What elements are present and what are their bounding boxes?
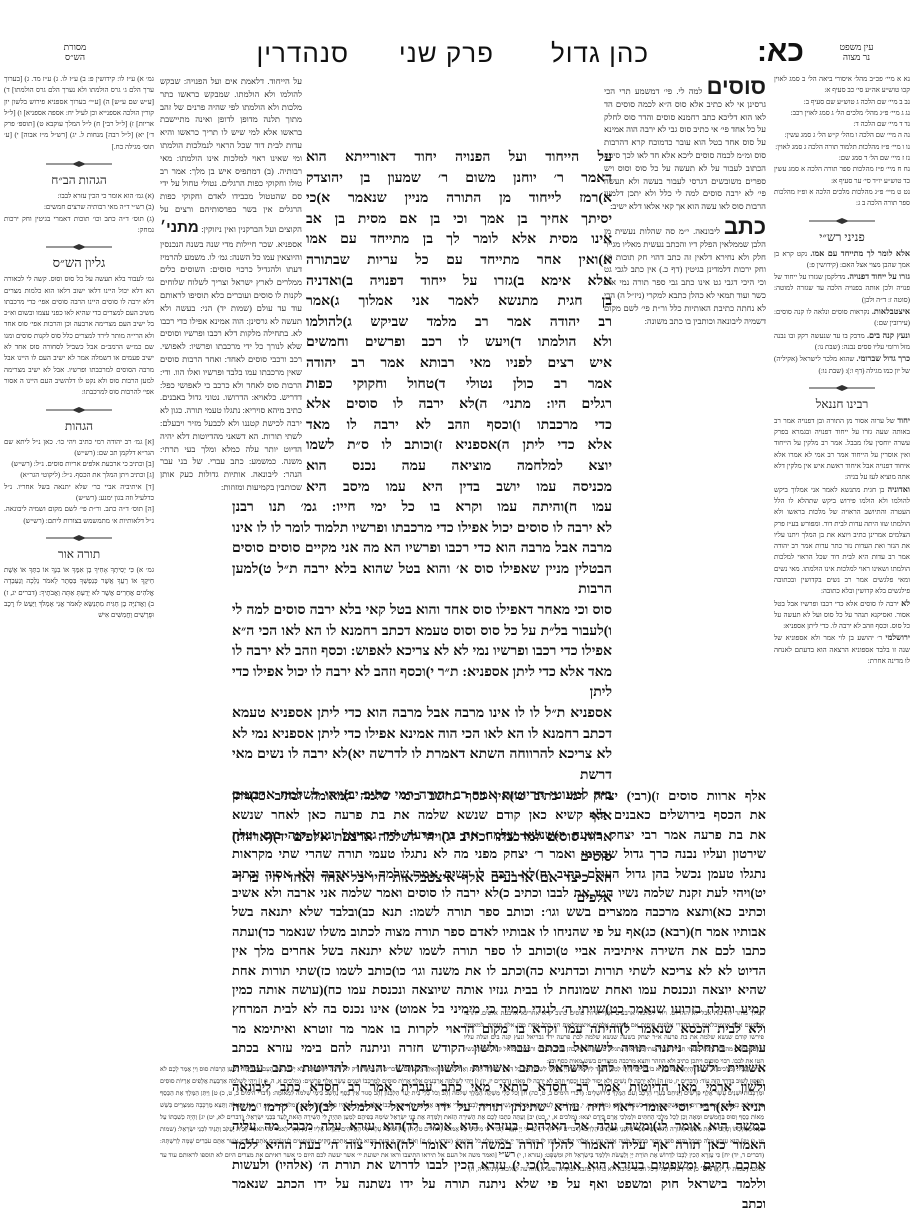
ein-mishpat-label-line1: עין משפט xyxy=(829,42,884,52)
ornament-divider-icon xyxy=(807,384,877,392)
gemara-line: את הכסף בירושלים כאבנים לא קשיא כאן קודם… xyxy=(232,805,766,824)
ein-mishpat-entry: נז ז מיי׳ שם הל׳ ד סמג שם: xyxy=(774,153,910,164)
hagahot-habach-entry: (ב) רש״י ד״ה מאי רבותיה שרצים חמשים: xyxy=(4,202,154,213)
penei-rashi-entry: כרך גדול שברומי. שהוא מלכר לישראל (אקילי… xyxy=(774,353,910,377)
tractate-name: סנהדרין xyxy=(257,40,349,66)
entry-ref: (רש״ש) xyxy=(11,460,32,468)
gemara-line: דאמר ר׳ יוחנן משום ר׳ שמעון בן יהוצדק xyxy=(306,169,612,190)
entry-text: בן חגית מתנשא לאמר אני אמלוך ביקש להולמו… xyxy=(774,486,910,596)
torah-or-text: גמ׳ א) כִּי יְסִיתְךָ אָחִיךָ בֶן אִמֶּך… xyxy=(4,565,154,621)
rabbeinu-chananel-bottom: המלך מותר להרבות אבל לא ההדיוט. ויהי לשל… xyxy=(464,1008,764,1068)
torah-or-title: תורה אור xyxy=(4,546,154,562)
left-margin-column: גמ׳ א) ע״ז לו: קידושין פ: ב) ע״ז לו. ג) … xyxy=(4,74,154,621)
gemara-line: את בת פרעה אמר רבי יצחק בשעה יז)שנשא שלמ… xyxy=(232,825,766,844)
hagahot-habach-entry: (א) גמ׳ הוא אומר כי הכין עזרא לבבו: xyxy=(4,191,154,202)
gemara-line: אלף ארוות סוסים ז)(רבי) יצחק רמי כתיב טו… xyxy=(232,786,766,805)
gemara-line: לא צריכא להרווחה השתא דאמרת לו לדרשה יא)… xyxy=(232,745,612,786)
gemara-line: מאד אלא כדי ליתן אספניא: ת״ר י)וכסף וזהב… xyxy=(232,663,612,704)
entry-ref: (שבת נו:) xyxy=(819,367,844,375)
page-header: עין משפט נר מצוה כא: כהן גדול פרק שני סנ… xyxy=(0,30,914,70)
ein-mishpat-label-line2: נר מצוה xyxy=(829,52,884,62)
ein-mishpat-entry: נג ג מיי׳ פ״ג מהל׳ מלכים הל׳ ג סמג לאוין… xyxy=(774,108,910,119)
entry-ref: (רש״ש) xyxy=(76,494,97,502)
gemara-line: אספניא ת״ל לו לו אינו מרבה אבל מרבה הוא … xyxy=(232,704,612,725)
entry-ref: (ליקוטי הגר״א) xyxy=(20,471,60,479)
gemara-line: אינו מסית אלא לומר לך בן מתייחד עם אמו xyxy=(306,230,612,251)
entry-text: [ב] וכתיב כי ארבעת אלפים אריות סוסים. נ״… xyxy=(34,460,154,468)
rabbeinu-chananel-entry: לא ירבה לו סוסים אלא כדי רכבו ופרשיו אבל… xyxy=(774,598,910,633)
gemara-line: יסיתך אחיך בן אמך וכי בן אם מסית בן אב xyxy=(306,210,612,231)
gemara-line: מרבה אבל מרבה הוא כדי רכבו ופרשיו הא מה … xyxy=(232,539,612,560)
penei-rashi-entry: איצטבלאות. נקראות סוסים ונלאה לו קנה סוס… xyxy=(774,306,910,330)
entry-text: ירבה לו סוסים אלא כדי רכבו ופרשיו אבל בט… xyxy=(774,600,910,631)
hagahot-entry: [ב] וכתיב כי ארבעת אלפים אריות סוסים. נ״… xyxy=(4,459,154,470)
rabbeinu-chananel-continuation: המלך מותר להרבות אבל לא ההדיוט. ויהי לשל… xyxy=(464,1010,764,1065)
gemara-line: בן חגית מתנשא לאמר אני אמלוך ג)אמר xyxy=(306,292,612,313)
gemara-line: יט)ויהי לעת זקנת שלמה נשיו הטו את לבבו ו… xyxy=(232,883,766,902)
penei-rashi-entry: ונעץ קנה בים. מדבק בו עד שנעשה רקק ובו נ… xyxy=(774,330,910,354)
entry-ref: (רש״ש) xyxy=(74,449,95,457)
matni-marker: מתני׳ xyxy=(160,219,199,236)
gemara-line: לא ירבה לו סוסים יכול אפילו כדי מרכבתו ו… xyxy=(232,519,612,540)
dibbur-hamatchil: גזרו על ייחוד דפנויה. xyxy=(847,272,910,281)
penei-rashi-entry: גזרו על ייחוד דפנויה. מדלקמן שגזרו על יי… xyxy=(774,271,910,306)
gemara-line: א)ואין אחר מתייחד עם כל עריות שבתורה xyxy=(306,251,612,272)
dibbur-hamatchil: איצטבלאות. xyxy=(872,307,910,316)
gemara-line: כדי מרכבתו ו)וכסף וזהב לא ירבה לו מאד xyxy=(306,416,612,437)
dibbur-hamatchil: כרך גדול שברומי. xyxy=(856,354,910,363)
gemara-line: על הייחוד ועל הפנויה יחוד דאורייתא הוא xyxy=(306,148,612,169)
gemara-line: איש רצים לפניו מאי רבותא אמר רב יהודה xyxy=(306,354,612,375)
chapter-number: פרק שני xyxy=(399,40,494,66)
torah-or-footer: רָצִים לְפָנָיו: (מלכים א, ה) ג] וְהָיְת… xyxy=(160,1064,764,1212)
rashi-footer-label: רש״י xyxy=(499,1149,516,1159)
entry-text: נקראות סוסים ונלאה לו קנה סוסים: xyxy=(774,308,870,316)
ornament-divider-icon xyxy=(44,406,114,414)
rabbeinu-chananel-entry: ואדוניה בן חגית מתנשא לאמר אני אמלוך ביק… xyxy=(774,484,910,598)
entry-ref: (עירובין שם:) xyxy=(874,319,910,327)
hagahot-entry: [ד] איתיביה אביי כר׳ שלא יתנאה בשל אחריו… xyxy=(4,482,154,505)
hagahot-entry: [א] גמ׳ רב יהודה רמי כתיב ויהי כו׳. כאן … xyxy=(4,437,154,460)
tosafot-comment-2: כתב ליבונאה. י״מ סה שהלות נעשית מן הלבן … xyxy=(604,216,766,328)
gemara-line: רב יהודה אמר רב מלמד שביקש ג)להולמו xyxy=(306,313,612,334)
gemara-line: אלא כדי ליתן ה)אספניא ז)וכותב לו ס״ת לשמ… xyxy=(306,436,612,457)
rashi-text: אספניא. שכר חיילות מדי שנה בשנה הנכנסין … xyxy=(160,240,302,492)
tosafot-text: למה לי. פי׳ דמשמע תרי הכי גרסינן אי לא כ… xyxy=(604,87,766,211)
gemara-line: עמו ח)והיתה עמו וקרא בו כל ימי חייו: גמ׳… xyxy=(232,498,612,519)
gemara-line: אלא אימא ב)גזרו על ייחוד דפנויה ב)ואדניה xyxy=(306,272,612,293)
ein-mishpat-entry: נה ה מיי׳ שם הלכה ו מהל׳ ק״ש הל׳ ג סמג ע… xyxy=(774,130,910,141)
ornament-divider-icon xyxy=(44,534,114,542)
dibbur-hamatchil: ירושלמי xyxy=(886,633,910,642)
ein-mishpat-column: נא א מיי׳ פכ״ב מהל׳ איסורי ביאה הל׳ ב סמ… xyxy=(774,74,910,667)
gemara-main-text: על הייחוד ועל הפנויה יחוד דאורייתא הוא ד… xyxy=(306,148,612,498)
daf-number: כא: xyxy=(757,38,804,66)
tosafot-column: סוסים למה לי. פי׳ דמשמע תרי הכי גרסינן א… xyxy=(604,76,766,328)
ein-mishpat-entry: נח ח מיי׳ פ״ז מהלכות ספר תורה הלכה א סמג… xyxy=(774,164,910,187)
gemara-line: אמר רב כולן נטולי ד)טחול וחקוקי כפות xyxy=(306,375,612,396)
ein-mishpat-entry: נד ד מיי׳ שם הלכה ד: xyxy=(774,119,910,130)
torah-or-bottom-right-column xyxy=(160,1000,460,1060)
entry-ref: (רש״ש) xyxy=(23,517,44,525)
entry-ref: (קידושין פ:) xyxy=(807,261,838,269)
entry-ref: (שבת נו:) xyxy=(815,343,840,351)
dibbur-hamatchil: לא xyxy=(901,599,910,608)
rashi-lower-continuation xyxy=(160,500,230,785)
rabbeinu-chananel-title: רבינו חננאל xyxy=(774,396,910,412)
tosafot-opening-word: סוסים xyxy=(707,74,766,99)
rabbeinu-chananel-entry: יחוד של ערוה אסור מן התורה ובן דפנויה אמ… xyxy=(774,415,910,484)
dibbur-hamatchil: ונעץ קנה בים. xyxy=(867,331,910,340)
tosafot-comment-1: סוסים למה לי. פי׳ דמשמע תרי הכי גרסינן א… xyxy=(604,76,766,214)
gemara-line: שירטון ועליו נבנה כרך גדול שברומי ואמר ר… xyxy=(232,844,766,863)
entry-text: [ג] וכתיב ויתן המלך את הכסף. נ״ל: xyxy=(62,471,154,479)
gemara-line: כתבו לכם את השירה איתיביה אביי ט)וכותב ל… xyxy=(232,941,766,960)
gemara-line: א)רמז לייחוד מן התורה מניין שנאמר א)כי xyxy=(306,189,612,210)
ornament-divider-icon xyxy=(44,243,114,251)
dibbur-hamatchil: אלא לומר לך מתייחד עם אמו. xyxy=(810,249,910,258)
entry-ref: (סוטה ז: ד״ה ולכן) xyxy=(862,296,910,304)
penei-rashi-entry: אלא לומר לך מתייחד עם אמו. נקט קרא בן אמ… xyxy=(774,248,910,272)
tosafot-opening-word: כתב xyxy=(724,214,766,239)
hagahot-title: הגהות xyxy=(4,418,154,434)
penei-rashi-title: פניני רש״י xyxy=(774,229,910,245)
gemara-line: וכתיב כא)ותצא מרכבה ממצרים בשש וגו׳: וכו… xyxy=(232,902,766,921)
ein-mishpat-heading: עין משפט נר מצוה xyxy=(829,42,884,62)
hagahot-habach-entry: (ג) תוס׳ ד״ה כתב וכו׳ תוכות דאמרי בגיטין… xyxy=(4,214,154,237)
gemara-line: דכתב רחמנא לו הא לאו הכי הוה אמינא אפילו… xyxy=(232,725,612,746)
hagahot-habach-title: הגהות הב״ח xyxy=(4,172,154,188)
tosafot-footer-text: כ] ארץ עליון עליון כל המשי כלבא ולא בהלי… xyxy=(469,1166,699,1173)
rashi-column: על הייחוד. דלאמת אים ועל הפנויה: שבקש לה… xyxy=(160,76,302,495)
gemara-line: ו)לעבור בל״ת על כל סוס וסוס טעמא דכתב רח… xyxy=(232,622,612,643)
mesoret-heading: מסורת הש״ס xyxy=(60,42,90,62)
ein-mishpat-entry: נו ו מיי׳ פ״ז מהלכות תלמוד תורה הלכה ג ס… xyxy=(774,142,910,153)
mesoret-label-line2: הש״ס xyxy=(60,52,90,62)
rashi-text: על הייחוד. דלאמת אים ועל הפנויה: שבקש לה… xyxy=(160,77,302,234)
gemara-line: אבותיו אמר ח)(רבא) כג)אף על פי שהניחו לו… xyxy=(232,922,766,941)
gilyon-hashas-text: גמ׳ לעבור בלא תעשה על כל סוס וסוס. קשה ל… xyxy=(4,274,154,398)
chapter-name: כהן גדול xyxy=(551,40,649,66)
mesoret-hashas-text: גמ׳ א) ע״ז לו: קידושין פ: ב) ע״ז לו. ג) … xyxy=(4,74,154,153)
gemara-line: אפילו כדי רכבו ופרשיו נמי לא לא צריכא לא… xyxy=(232,642,612,663)
hagahot-entry: [ה] תוס׳ ד״ה כתב. ור״ת פי׳ לשם מקום ושמי… xyxy=(4,504,154,527)
tosafot-footer-label: תוס׳ xyxy=(700,1163,715,1173)
dibbur-hamatchil: ואדוניה xyxy=(887,485,910,494)
gilyon-hashas-title: גליון הש״ס xyxy=(4,255,154,271)
dibbur-hamatchil: יחוד xyxy=(897,416,910,425)
gemara-line: הבטלין מניין שאפילו סוס א׳ והוא בטל שהוא… xyxy=(232,560,612,601)
gemara-line: יוצא למלחמה מוציאה עמה נכנס הוא xyxy=(306,457,612,478)
gemara-line: סוס וכי מאחר דאפילו סוס אחד והוא בטל קאי… xyxy=(232,601,612,622)
gemara-line: מכניסה עמו יושב בדין היא עמו מיסב היא xyxy=(306,478,612,499)
torah-or-continuation: רָצִים לְפָנָיו: (מלכים א, ה) ג] וְהָיְת… xyxy=(160,1066,764,1159)
ein-mishpat-entry: נא א מיי׳ פכ״ב מהל׳ איסורי ביאה הל׳ ב סמ… xyxy=(774,74,910,97)
gemara-line: שהיא יוצאה ונכנסת עמו ואחת שמונחת לו בבי… xyxy=(232,980,766,999)
mesoret-label-line1: מסורת xyxy=(60,42,90,52)
ornament-divider-icon xyxy=(807,217,877,225)
ornament-divider-icon xyxy=(44,160,114,168)
ein-mishpat-entry: נב ב מיי׳ שם הלכה ג טוש״ע שם סעיף ב: xyxy=(774,97,910,108)
rabbeinu-chananel-entry: ירושלמי ר׳ יהושע בן לוי אמר ולא אספוניא … xyxy=(774,632,910,667)
gemara-line: ולא הולמתו ד)ויעש לו רכב ופרשים וחמשים xyxy=(306,333,612,354)
gemara-line: נתגלו טעמן נכשל בהן גדול העולם כתיב יח)ל… xyxy=(232,864,766,883)
gemara-line: רגלים היו: מתני׳ ה)לא ירבה לו סוסים אלא xyxy=(306,395,612,416)
entry-text: של ערוה אסור מן התורה ובן דפנויה אמר רב … xyxy=(774,417,910,481)
ein-mishpat-entry: נט ט מיי׳ פ״ג מהלכות מלכים הלכה א ופ״ז מ… xyxy=(774,187,910,210)
tosafot-text: ליבונאה. י״מ סה שהלות נעשית מן הלבן שממל… xyxy=(604,227,766,326)
hagahot-entry: [ג] וכתיב ויתן המלך את הכסף. נ״ל: (ליקוט… xyxy=(4,470,154,481)
gemara-line: הדיוט לא לא צריכא לשתי תורות וכדתניא כה)… xyxy=(232,961,766,980)
